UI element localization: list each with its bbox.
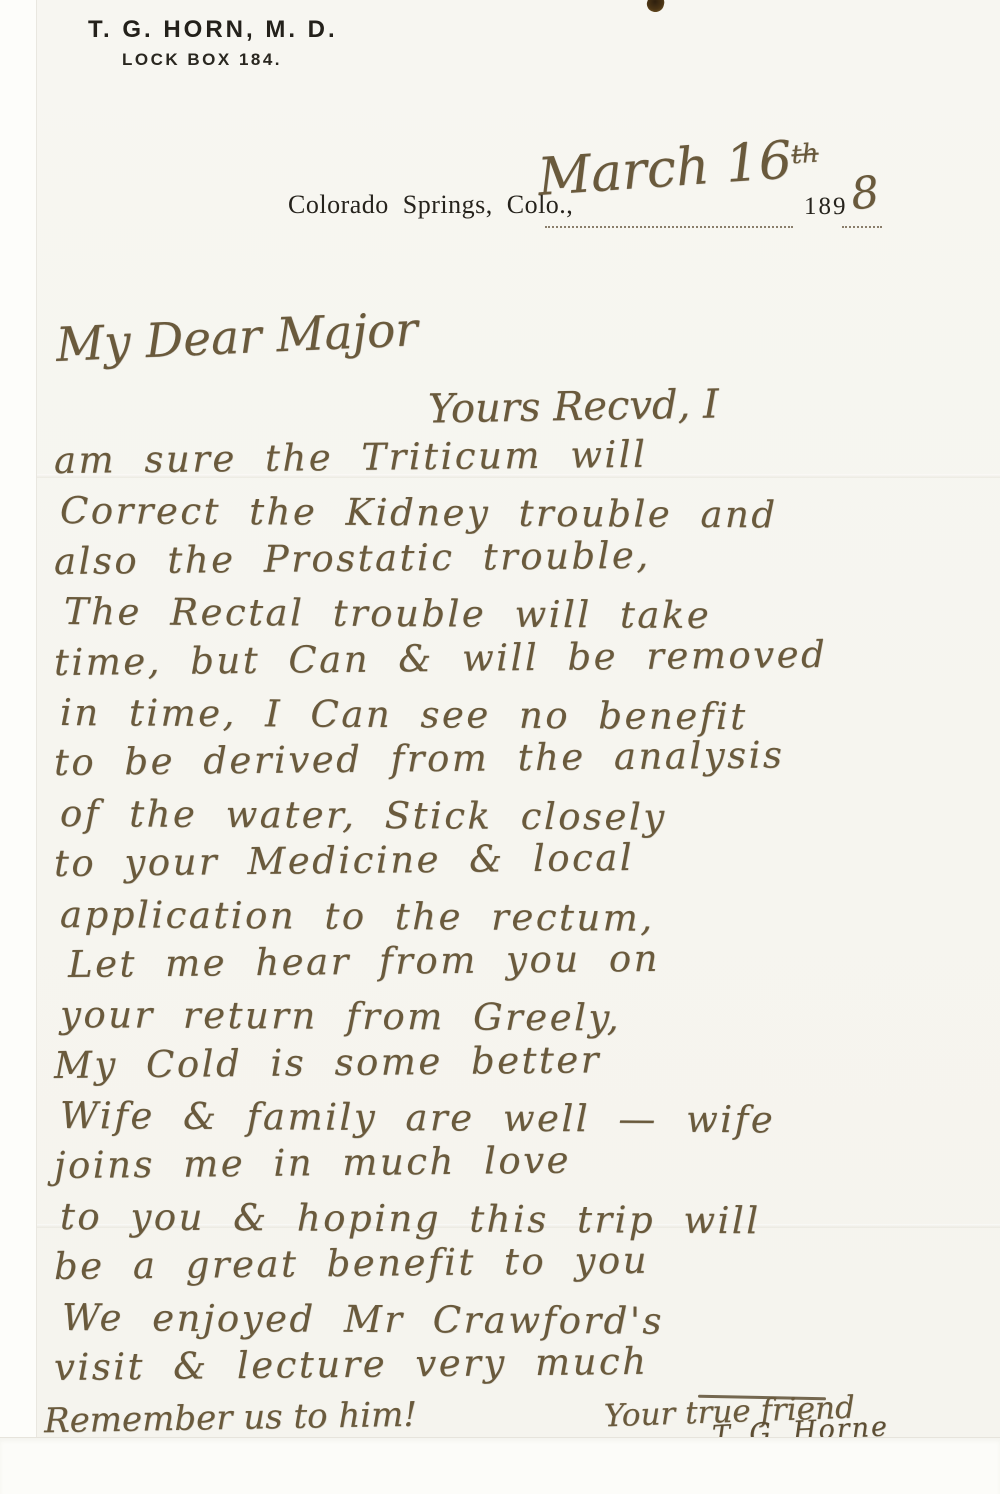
handwritten-year-digit: 8 (848, 167, 881, 221)
body-line: am sure the Triticum will (54, 426, 974, 486)
body-line: also the Prostatic trouble, (54, 527, 974, 587)
body-line: time, but Can & will be removed (54, 628, 974, 688)
body-line: My Cold is some better (54, 1031, 974, 1091)
closing-left: Remember us to him! (44, 1395, 418, 1442)
dateline-place: Colorado Springs, Colo., (288, 190, 573, 220)
body-line: to be derived from the analysis (54, 729, 974, 789)
letterhead-address: LOCK BOX 184. (122, 50, 282, 70)
date-day-suffix: th (790, 138, 819, 170)
body-line: visit & lecture very much (54, 1333, 974, 1393)
ink-blot (645, 0, 665, 14)
letter-paper: T. G. HORN, M. D. LOCK BOX 184. Colorado… (0, 0, 1000, 1437)
opening-line: Yours Recvd, I (428, 381, 720, 432)
letterhead-name: T. G. HORN, M. D. (88, 16, 338, 44)
scan-edge-bottom (0, 1437, 1000, 1494)
date-dotted-line (545, 226, 793, 228)
body-line: joins me in much love (54, 1132, 974, 1192)
body-line: Let me hear from you on (68, 930, 974, 990)
date-month-day: March 16 (536, 130, 794, 208)
year-dotted-line (842, 226, 882, 228)
body-line: to your Medicine & local (54, 829, 974, 889)
greeting-line: My Dear Major (55, 302, 419, 373)
letter-body: am sure the Triticum will Correct the Ki… (54, 436, 974, 1393)
body-line: be a great benefit to you (54, 1233, 974, 1293)
printed-year-prefix: 189 (804, 193, 848, 221)
handwritten-date: March 16th (536, 129, 821, 208)
scan-edge-left (0, 0, 37, 1437)
scanned-letter: T. G. HORN, M. D. LOCK BOX 184. Colorado… (0, 0, 1000, 1494)
